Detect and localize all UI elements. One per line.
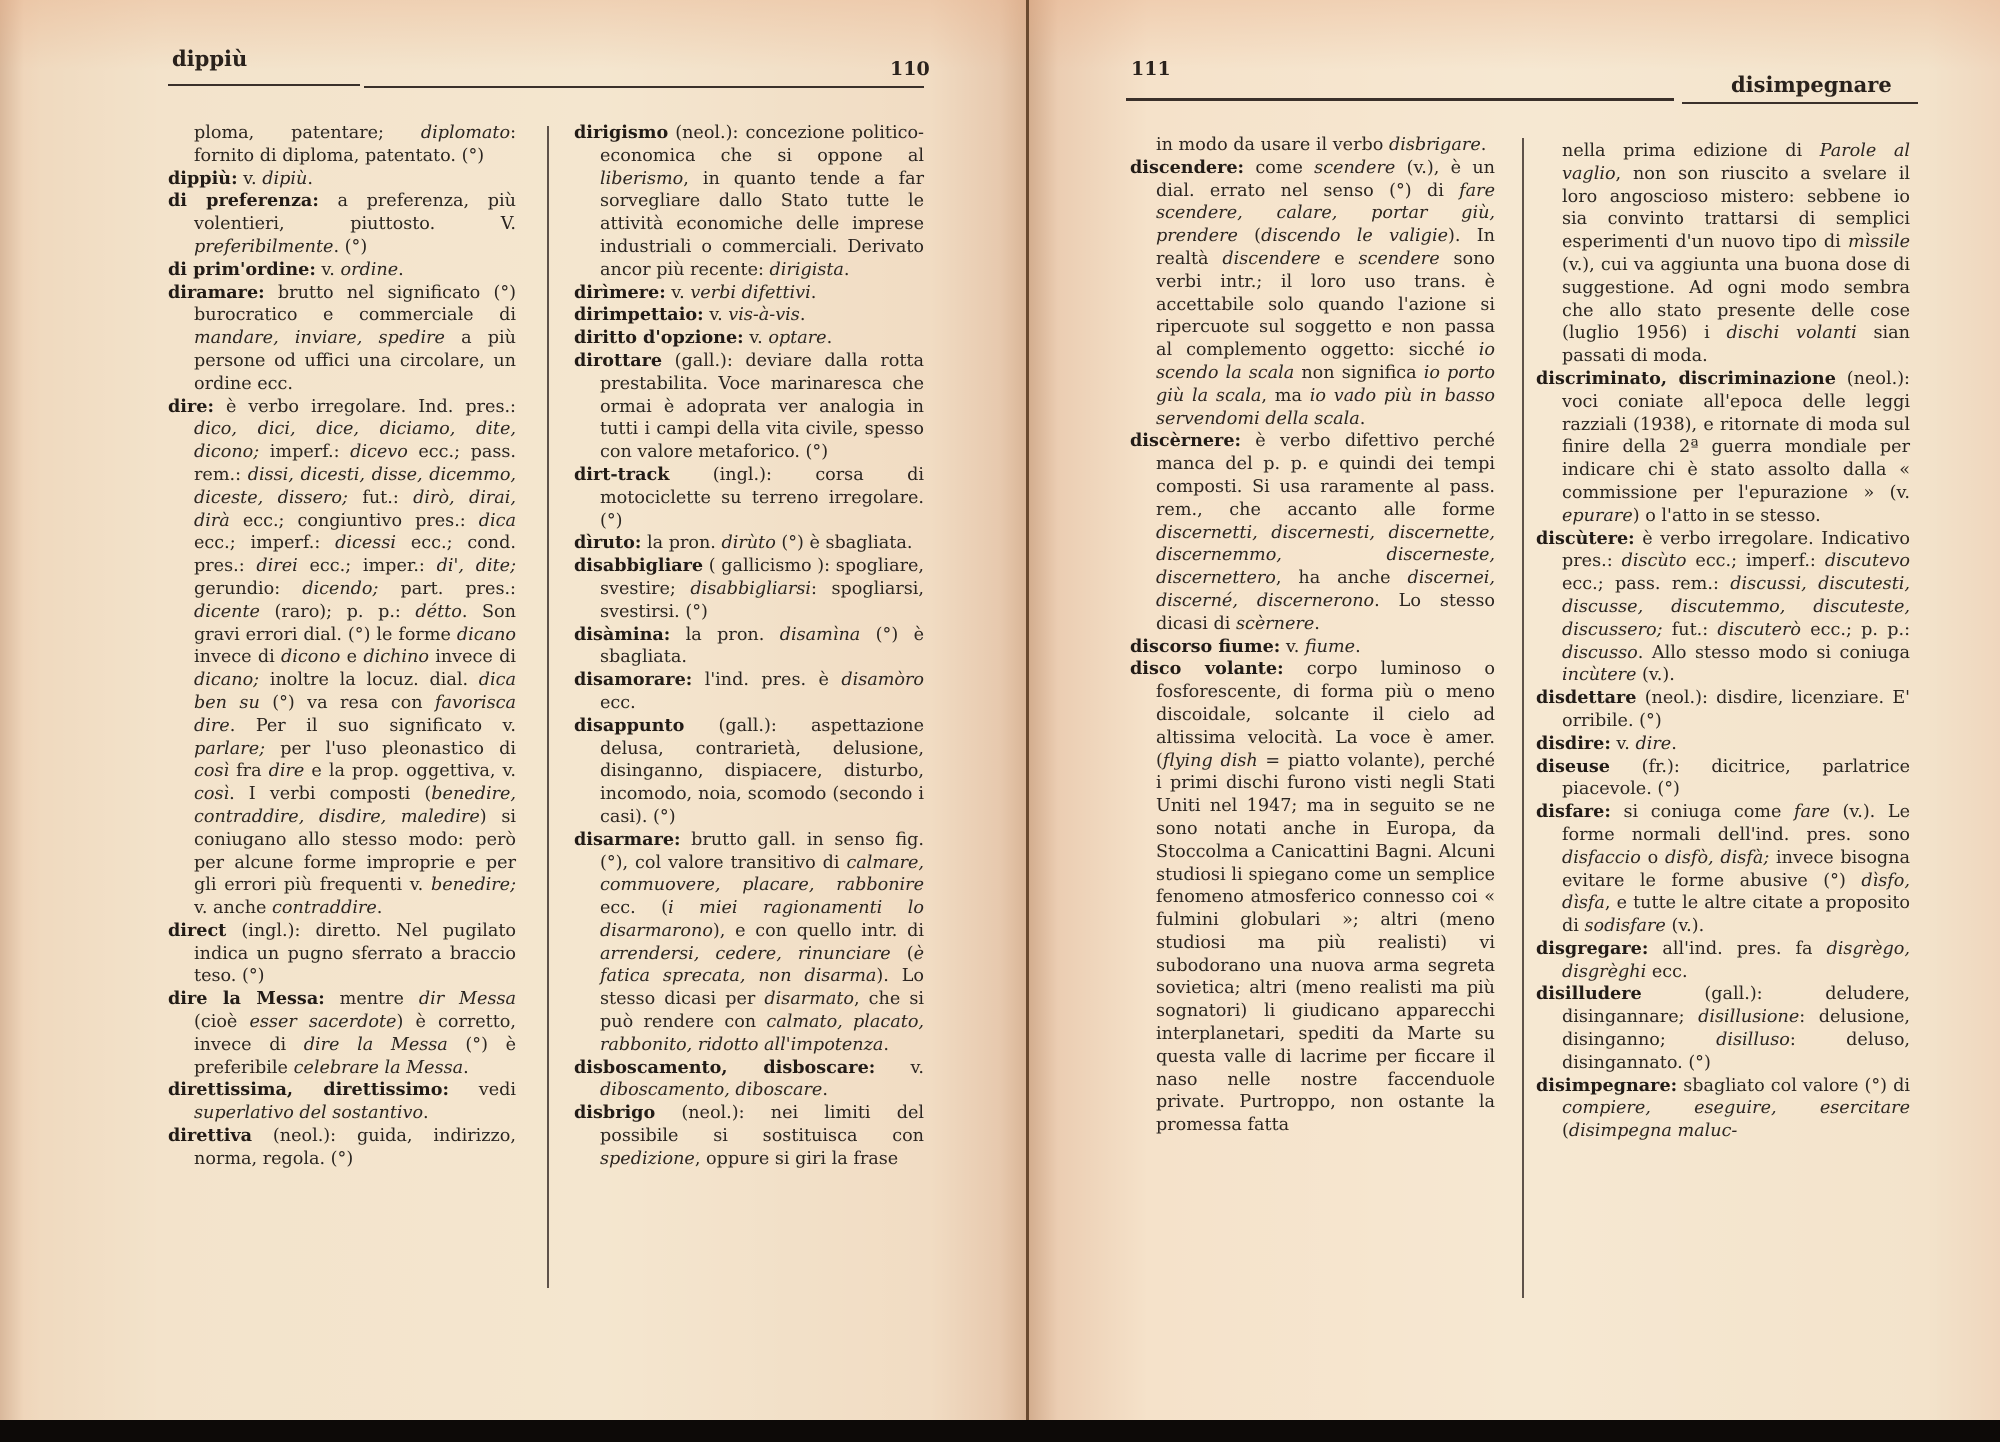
italic-term: disfaccio [1562, 848, 1641, 868]
dictionary-entry: disilludere (gall.): deludere, disingann… [1536, 983, 1910, 1074]
dictionary-entry: di prim'ordine: v. ordine. [168, 259, 516, 282]
definition-text: . [844, 260, 850, 280]
entry-continuation: ploma, patentare; diplomato: fornito di … [168, 122, 516, 168]
definition-text: e [1320, 249, 1358, 269]
italic-term: verbi difettivi [690, 283, 810, 303]
definition-text: (°) va resa con [260, 693, 435, 713]
definition-text: è verbo irregolare. Ind. pres.: [214, 397, 516, 417]
definition-text: all'ind. pres. fa [1648, 939, 1826, 959]
column-right-2: nella prima edizione di Parole al vaglio… [1536, 140, 1910, 1143]
italic-term: sodisfare [1584, 916, 1665, 936]
italic-term: disillusione [1698, 1007, 1799, 1027]
definition-text: v. [1280, 637, 1305, 657]
headword: di prim'ordine: [168, 259, 316, 280]
definition-text: . [1355, 637, 1361, 657]
italic-term: fare [1794, 802, 1830, 822]
dictionary-entry: dirottare (gall.): deviare dalla rotta p… [574, 350, 924, 464]
definition-text: . [377, 898, 383, 918]
dictionary-entry: diritto d'opzione: v. optare. [574, 327, 924, 350]
headword: direttiva [168, 1125, 252, 1146]
dictionary-entry: dippiù: v. dipiù. [168, 168, 516, 191]
definition-text: ecc. [600, 693, 636, 713]
definition-text: per l'uso pleonastico di [265, 739, 516, 759]
definition-text: v. [744, 328, 769, 348]
definition-text: . [1481, 135, 1487, 155]
italic-term: fiume [1305, 637, 1355, 657]
background-edge [0, 1420, 2000, 1442]
italic-term: optare [768, 328, 826, 348]
headword: dire la Messa: [168, 988, 325, 1009]
dictionary-entry: dire: è verbo irregolare. Ind. pres.: di… [168, 396, 516, 920]
column-divider [1522, 138, 1524, 1298]
dictionary-entry: di preferenza: a preferenza, più volenti… [168, 190, 516, 258]
italic-term: discendo le valigie [1261, 226, 1448, 246]
definition-text: ecc. [1646, 962, 1687, 982]
italic-term: diboscamento, diboscare [600, 1080, 822, 1100]
definition-text: v. [1611, 734, 1636, 754]
entry-continuation: nella prima edizione di Parole al vaglio… [1536, 140, 1910, 368]
headword: disfare: [1536, 801, 1611, 822]
italic-term: così [194, 784, 229, 804]
definition-text: invece di [194, 647, 281, 667]
definition-text: la pron. [670, 625, 779, 645]
headword: disdettare [1536, 687, 1637, 708]
dictionary-entry: dìruto: la pron. dirùto (°) è sbagliata. [574, 532, 924, 555]
definition-text: . [811, 283, 817, 303]
page-number-right: 111 [1131, 58, 1171, 80]
italic-term: di', dite; [437, 556, 516, 576]
definition-text: ) o l'atto in se stesso. [1633, 506, 1821, 526]
italic-term: dica [479, 511, 516, 531]
italic-term: celebrare la Messa [294, 1058, 464, 1078]
italic-term: dire la Messa [304, 1035, 448, 1055]
definition-text: (cioè [194, 1012, 249, 1032]
definition-text: ), e con quello intr. di [713, 921, 924, 941]
header-rule [168, 84, 360, 86]
dictionary-entry: disbrigo (neol.): nei limiti del possibi… [574, 1102, 924, 1170]
italic-term: arrendersi, cedere, rinunciare [600, 944, 891, 964]
definition-text: si coniuga come [1611, 802, 1794, 822]
italic-term: ordine [340, 260, 398, 280]
italic-term: discùto [1622, 551, 1687, 571]
italic-term: discutevo [1825, 551, 1910, 571]
italic-term: disfò, disfà; [1665, 848, 1769, 868]
dictionary-entry: direct (ingl.): diretto. Nel pugilato in… [168, 920, 516, 988]
italic-term: flying dish [1163, 751, 1258, 771]
dictionary-entry: direttiva (neol.): guida, indirizzo, nor… [168, 1125, 516, 1171]
italic-term: détto [415, 602, 461, 622]
italic-term: direi [256, 556, 297, 576]
definition-text: . [398, 260, 404, 280]
book-spread: dippiù 110 ploma, patentare; diplomato: … [0, 0, 2000, 1420]
headword: disbrigo [574, 1102, 655, 1123]
headword: dirimpettaio: [574, 304, 704, 325]
italic-term: disamòro [841, 670, 924, 690]
italic-term: epurare [1562, 506, 1633, 526]
definition-text: (°) è sbagliata. [776, 533, 913, 553]
definition-text: (fr.): dicitrice, parlatrice piacevole. … [1562, 757, 1910, 800]
headword: discèrnere: [1130, 430, 1241, 451]
definition-text: part. pres.: [378, 579, 516, 599]
dictionary-entry: disco volante: corpo luminoso o fosfores… [1130, 658, 1495, 1137]
headword: disamorare: [574, 669, 692, 690]
italic-term: incùtere [1562, 665, 1636, 685]
dictionary-entry: discèrnere: è verbo difettivo perché man… [1130, 430, 1495, 635]
headword: di preferenza: [168, 190, 319, 211]
italic-term: disabbigliarsi [690, 579, 811, 599]
definition-text: invece di [429, 647, 516, 667]
italic-term: dicessi [335, 533, 396, 553]
headword: disco volante: [1130, 658, 1284, 679]
dictionary-entry: disarmare: brutto gall. in senso fig. (°… [574, 829, 924, 1057]
italic-term: dicente [194, 602, 260, 622]
headword: dirt-track [574, 464, 669, 485]
definition-text: ploma, patentare; [194, 123, 421, 143]
definition-text: ecc.; congiuntivo pres.: [230, 511, 479, 531]
definition-text: ( [891, 944, 914, 964]
definition-text: (neol.): voci coniate all'epoca delle le… [1562, 369, 1910, 503]
headword: direttissima, direttissimo: [168, 1079, 449, 1100]
definition-text: come [1244, 158, 1314, 178]
headword: dìruto: [574, 532, 641, 553]
dictionary-entry: disgregare: all'ind. pres. fa disgrègo, … [1536, 938, 1910, 984]
definition-text: ecc.; pass. rem.: [1562, 574, 1730, 594]
italic-term: così [194, 761, 229, 781]
italic-term: preferibilmente [194, 237, 333, 257]
definition-text: ecc.; imper.: [298, 556, 437, 576]
headword: discriminato, discriminazione [1536, 368, 1836, 389]
definition-text: sbagliato col valore (°) di [1677, 1076, 1910, 1096]
italic-term: dicano; [194, 670, 259, 690]
definition-text: v. [316, 260, 341, 280]
running-head-left: dippiù [172, 46, 247, 71]
dictionary-entry: discorso fiume: v. fiume. [1130, 636, 1495, 659]
italic-term: disimpegna maluc- [1569, 1121, 1738, 1141]
italic-term: spedizione [600, 1149, 695, 1169]
italic-term: benedire; [431, 875, 516, 895]
italic-term: esser sacerdote [249, 1012, 396, 1032]
italic-term: vis-à-vis [728, 305, 800, 325]
definition-text: nella prima edizione di [1562, 141, 1820, 161]
definition-text: . [800, 305, 806, 325]
headword: discùtere: [1536, 528, 1635, 549]
definition-text: (v.). [1636, 665, 1674, 685]
definition-text: , ha anche [1276, 568, 1408, 588]
page-shading [1028, 0, 2000, 70]
definition-text: . Per il suo significato v. [230, 716, 516, 736]
definition-text: fut.: [348, 488, 413, 508]
dictionary-entry: disappunto (gall.): aspettazione delusa,… [574, 715, 924, 829]
definition-text: o [1641, 848, 1665, 868]
definition-text: v. [704, 305, 729, 325]
italic-term: dipiù [262, 169, 307, 189]
headword: disgregare: [1536, 938, 1648, 959]
headword: dirottare [574, 350, 662, 371]
headword: dirìmere: [574, 282, 666, 303]
right-page: 111 disimpegnare in modo da usare il ver… [1028, 0, 2000, 1420]
dictionary-entry: disamorare: l'ind. pres. è disamòro ecc. [574, 669, 924, 715]
definition-text: . [1314, 614, 1320, 634]
definition-text: , ma [1261, 386, 1309, 406]
header-rule [1126, 98, 1674, 101]
definition-text: v. [238, 169, 263, 189]
header-rule [1682, 102, 1918, 104]
italic-term: disarmato [764, 989, 854, 1009]
page-shading [0, 0, 1028, 70]
italic-term: discusso [1562, 643, 1638, 663]
headword: disimpegnare: [1536, 1075, 1677, 1096]
dictionary-entry: disfare: si coniuga come fare (v.). Le f… [1536, 801, 1910, 938]
entry-continuation: in modo da usare il verbo disbrigare. [1130, 134, 1495, 157]
headword: discendere: [1130, 157, 1244, 178]
dictionary-entry: discùtere: è verbo irregolare. Indicativ… [1536, 528, 1910, 688]
italic-term: dire [1635, 734, 1671, 754]
dictionary-entry: direttissima, direttissimo: vedi superla… [168, 1079, 516, 1125]
definition-text: . [822, 1080, 828, 1100]
definition-text: (v.). [1666, 916, 1704, 936]
dictionary-entry: diramare: brutto nel significato (°) bur… [168, 282, 516, 396]
italic-term: dirigista [770, 260, 844, 280]
italic-term: diplomato [421, 123, 510, 143]
italic-term: disilluso [1716, 1030, 1790, 1050]
italic-term: dicevo [350, 442, 408, 462]
definition-text: imperf.: [259, 442, 350, 462]
headword: dire: [168, 396, 214, 417]
headword: diseuse [1536, 756, 1610, 777]
definition-text: in modo da usare il verbo [1156, 135, 1389, 155]
italic-term: liberismo [600, 169, 683, 189]
dictionary-entry: diseuse (fr.): dicitrice, parlatrice pia… [1536, 756, 1910, 802]
definition-text: la pron. [641, 533, 721, 553]
italic-term: mìssile [1848, 232, 1910, 252]
italic-term: dischi volanti [1727, 323, 1857, 343]
italic-term: discendere [1222, 249, 1320, 269]
definition-text: . [1671, 734, 1677, 754]
italic-term: parlare; [194, 739, 265, 759]
definition-text: (raro); p. p.: [260, 602, 415, 622]
definition-text: . [463, 1058, 469, 1078]
italic-term: dicendo; [302, 579, 378, 599]
definition-text: mentre [325, 989, 419, 1009]
italic-term: scèrnere [1236, 614, 1314, 634]
headword: diritto d'opzione: [574, 327, 744, 348]
definition-text: . [827, 328, 833, 348]
italic-term: dirùto [722, 533, 776, 553]
column-divider [547, 126, 549, 1288]
definition-text: (ingl.): diretto. Nel pugilato indica un… [194, 921, 516, 987]
definition-text: ( [1562, 1121, 1569, 1141]
headword: discorso fiume: [1130, 636, 1280, 657]
headword: dippiù: [168, 168, 238, 189]
header-rule [364, 86, 924, 88]
dictionary-entry: disimpegnare: sbagliato col valore (°) d… [1536, 1075, 1910, 1143]
dictionary-entry: dirìmere: v. verbi difettivi. [574, 282, 924, 305]
definition-text: . [1360, 409, 1366, 429]
page-number-left: 110 [890, 58, 930, 80]
definition-text: fut.: [1663, 620, 1718, 640]
definition-text: ecc.; imperf.: [194, 533, 335, 553]
dictionary-entry: disdire: v. dire. [1536, 733, 1910, 756]
definition-text: . Allo stesso modo si coniuga [1638, 643, 1910, 663]
column-left-1: ploma, patentare; diplomato: fornito di … [168, 122, 516, 1171]
definition-text: fra [229, 761, 269, 781]
dictionary-entry: discriminato, discriminazione (neol.): v… [1536, 368, 1910, 528]
definition-text: non significa [1294, 363, 1423, 383]
definition-text: vedi [449, 1080, 516, 1100]
definition-text: ecc.; p. p.: [1801, 620, 1910, 640]
running-head-right: disimpegnare [1731, 72, 1892, 97]
italic-term: disbrigare [1389, 135, 1481, 155]
definition-text: . [883, 1035, 889, 1055]
headword: disappunto [574, 715, 684, 736]
italic-term: compiere, eseguire, esercitare [1562, 1098, 1910, 1118]
headword: dirigismo [574, 122, 668, 143]
dictionary-entry: disabbigliare ( gallicismo ): spogliare,… [574, 555, 924, 623]
column-right-1: in modo da usare il verbo disbrigare.dis… [1130, 134, 1495, 1137]
italic-term: dichino [363, 647, 429, 667]
headword: disdire: [1536, 733, 1611, 754]
definition-text: . (°) [333, 237, 367, 257]
headword: disboscamento, disboscare: [574, 1057, 875, 1078]
headword: disàmina: [574, 624, 670, 645]
headword: disilludere [1536, 983, 1642, 1004]
definition-text: gerundio: [194, 579, 302, 599]
definition-text: . [307, 169, 313, 189]
italic-term: dicono [281, 647, 340, 667]
dictionary-entry: disboscamento, disboscare: v. diboscamen… [574, 1057, 924, 1103]
italic-term: dicano [457, 625, 516, 645]
headword: disarmare: [574, 829, 681, 850]
italic-term: scendere [1358, 249, 1439, 269]
definition-text: l'ind. pres. è [692, 670, 841, 690]
definition-text: . I verbi composti ( [229, 784, 431, 804]
definition-text: e la prop. oggettiva, v. [304, 761, 516, 781]
definition-text: ecc.; imperf.: [1686, 551, 1824, 571]
left-page: dippiù 110 ploma, patentare; diplomato: … [0, 0, 1028, 1420]
dictionary-entry: discendere: come scendere (v.), è un dia… [1130, 157, 1495, 431]
italic-term: dire [269, 761, 305, 781]
definition-text: ecc. ( [600, 898, 668, 918]
dictionary-entry: dirigismo (neol.): concezione politico-e… [574, 122, 924, 282]
italic-term: contraddire [272, 898, 377, 918]
headword: diramare: [168, 282, 265, 303]
italic-term: disamìna [780, 625, 861, 645]
definition-text: v. [666, 283, 691, 303]
definition-text: v. anche [194, 898, 272, 918]
italic-term: scendere [1314, 158, 1395, 178]
italic-term: superlativo del sostantivo [194, 1103, 423, 1123]
dictionary-entry: disdettare (neol.): disdire, licenziare.… [1536, 687, 1910, 733]
dictionary-entry: dirimpettaio: v. vis-à-vis. [574, 304, 924, 327]
dictionary-entry: disàmina: la pron. disamìna (°) è sbagli… [574, 624, 924, 670]
definition-text: inoltre la locuz. dial. [259, 670, 479, 690]
definition-text: , oppure si giri la frase [695, 1149, 898, 1169]
dictionary-entry: dire la Messa: mentre dir Messa (cioè es… [168, 988, 516, 1079]
italic-term: mandare, inviare, spedire [194, 328, 445, 348]
definition-text: = piatto volante), perché i primi dischi… [1156, 751, 1495, 1136]
column-left-2: dirigismo (neol.): concezione politico-e… [574, 122, 924, 1171]
italic-term: discuterò [1717, 620, 1801, 640]
definition-text: ( [1238, 226, 1261, 246]
headword: disabbigliare [574, 555, 703, 576]
dictionary-entry: dirt-track (ingl.): corsa di motociclett… [574, 464, 924, 532]
book-gutter [1026, 0, 1029, 1420]
definition-text: e [340, 647, 363, 667]
headword: direct [168, 920, 226, 941]
italic-term: dir Messa [419, 989, 516, 1009]
definition-text: v. [875, 1058, 924, 1078]
definition-text: . [423, 1103, 429, 1123]
